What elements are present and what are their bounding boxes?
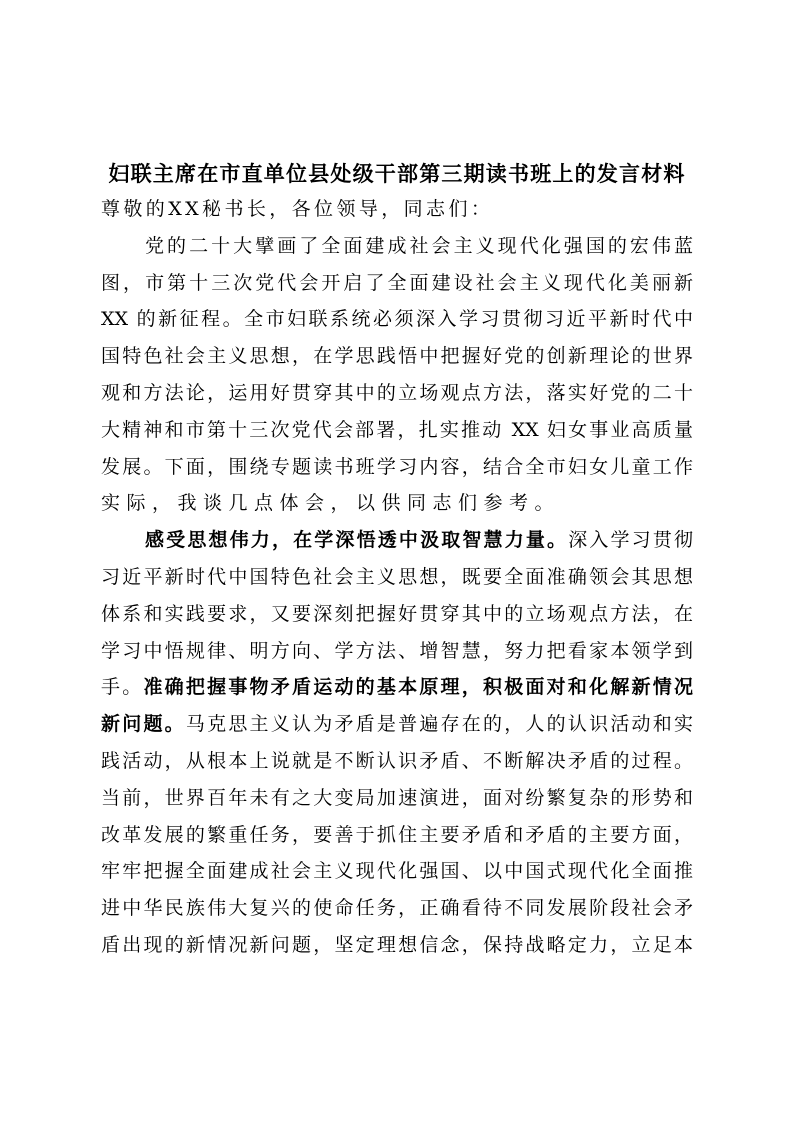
text-line: 习近平新时代中国特色社会主义思想，既要全面准确领会其思想 <box>101 559 693 596</box>
text-line: 盾出现的新情况新问题，坚定理想信念，保持战略定力，立足本 <box>101 927 693 964</box>
document-page: 妇联主席在市直单位县处级干部第三期读书班上的发言材料 尊敬的XX秘书长，各位领导… <box>101 157 693 964</box>
document-body: 党的二十大擘画了全面建成社会主义现代化强国的宏伟蓝图，市第十三次党代会开启了全面… <box>101 228 693 964</box>
text-line: 改革发展的繁重任务，要善于抓住主要矛盾和矛盾的主要方面， <box>101 817 693 854</box>
body-text: 体系和实践要求，又要深刻把握好贯穿其中的立场观点方法，在 <box>101 603 693 625</box>
text-line: 国特色社会主义思想，在学思践悟中把握好党的创新理论的世界 <box>101 338 693 375</box>
text-line: 党的二十大擘画了全面建成社会主义现代化强国的宏伟蓝 <box>101 228 693 265</box>
text-line: 手。准确把握事物矛盾运动的基本原理，积极面对和化解新情况 <box>101 669 693 706</box>
document-title: 妇联主席在市直单位县处级干部第三期读书班上的发言材料 <box>101 157 693 191</box>
body-text: 践活动，从根本上说就是不断认识矛盾、不断解决矛盾的过程。 <box>101 750 693 772</box>
body-text: 实际，我谈几点体会，以供同志们参考。 <box>101 492 560 514</box>
body-text: 盾出现的新情况新问题，坚定理想信念，保持战略定力，立足本 <box>101 934 693 956</box>
text-line: 当前，世界百年未有之大变局加速演进，面对纷繁复杂的形势和 <box>101 780 693 817</box>
body-text: 国特色社会主义思想，在学思践悟中把握好党的创新理论的世界 <box>101 345 693 367</box>
salutation: 尊敬的XX秘书长，各位领导，同志们： <box>101 191 693 228</box>
body-text: 牢牢把握全面建成社会主义现代化强国、以中国式现代化全面推 <box>101 860 693 882</box>
bold-heading-text: 感受思想伟力，在学深悟透中汲取智慧力量。 <box>145 529 568 551</box>
body-text: 图，市第十三次党代会开启了全面建设社会主义现代化美丽新 <box>101 272 693 294</box>
text-line: 实际，我谈几点体会，以供同志们参考。 <box>101 485 693 522</box>
text-line: XX 的新征程。全市妇联系统必须深入学习贯彻习近平新时代中 <box>101 301 693 338</box>
paragraph: 感受思想伟力，在学深悟透中汲取智慧力量。深入学习贯彻习近平新时代中国特色社会主义… <box>101 522 693 964</box>
text-line: 新问题。马克思主义认为矛盾是普遍存在的，人的认识活动和实 <box>101 706 693 743</box>
text-line: 大精神和市第十三次党代会部署，扎实推动 XX 妇女事业高质量 <box>101 412 693 449</box>
text-line: 观和方法论，运用好贯穿其中的立场观点方法，落实好党的二十 <box>101 375 693 412</box>
body-text: 学习中悟规律、明方向、学方法、增智慧，努力把看家本领学到 <box>101 640 693 662</box>
body-text: 观和方法论，运用好贯穿其中的立场观点方法，落实好党的二十 <box>101 382 693 404</box>
text-line: 感受思想伟力，在学深悟透中汲取智慧力量。深入学习贯彻 <box>101 522 693 559</box>
body-text: 进中华民族伟大复兴的使命任务，正确看待不同发展阶段社会矛 <box>101 897 693 919</box>
body-text: 当前，世界百年未有之大变局加速演进，面对纷繁复杂的形势和 <box>101 787 693 809</box>
text-line: 发展。下面，围绕专题读书班学习内容，结合全市妇女儿童工作 <box>101 449 693 486</box>
body-text: 党的二十大擘画了全面建成社会主义现代化强国的宏伟蓝 <box>145 235 693 257</box>
text-line: 进中华民族伟大复兴的使命任务，正确看待不同发展阶段社会矛 <box>101 890 693 927</box>
body-text: 发展。下面，围绕专题读书班学习内容，结合全市妇女儿童工作 <box>101 456 693 478</box>
bold-heading-text: 准确把握事物矛盾运动的基本原理，积极面对和化解新情况 <box>143 676 693 698</box>
text-line: 学习中悟规律、明方向、学方法、增智慧，努力把看家本领学到 <box>101 633 693 670</box>
text-line: 图，市第十三次党代会开启了全面建设社会主义现代化美丽新 <box>101 265 693 302</box>
text-line: 践活动，从根本上说就是不断认识矛盾、不断解决矛盾的过程。 <box>101 743 693 780</box>
text-line: 体系和实践要求，又要深刻把握好贯穿其中的立场观点方法，在 <box>101 596 693 633</box>
text-line: 牢牢把握全面建成社会主义现代化强国、以中国式现代化全面推 <box>101 853 693 890</box>
body-text: 马克思主义认为矛盾是普遍存在的，人的认识活动和实 <box>186 713 693 735</box>
body-text: XX 的新征程。全市妇联系统必须深入学习贯彻习近平新时代中 <box>101 308 693 330</box>
body-text: 改革发展的繁重任务，要善于抓住主要矛盾和矛盾的主要方面， <box>101 824 693 846</box>
body-text: 手。 <box>101 676 143 698</box>
bold-heading-text: 新问题。 <box>101 713 186 735</box>
body-text: 大精神和市第十三次党代会部署，扎实推动 XX 妇女事业高质量 <box>101 419 693 441</box>
body-text: 习近平新时代中国特色社会主义思想，既要全面准确领会其思想 <box>101 566 693 588</box>
paragraph: 党的二十大擘画了全面建成社会主义现代化强国的宏伟蓝图，市第十三次党代会开启了全面… <box>101 228 693 522</box>
body-text: 深入学习贯彻 <box>568 529 693 551</box>
